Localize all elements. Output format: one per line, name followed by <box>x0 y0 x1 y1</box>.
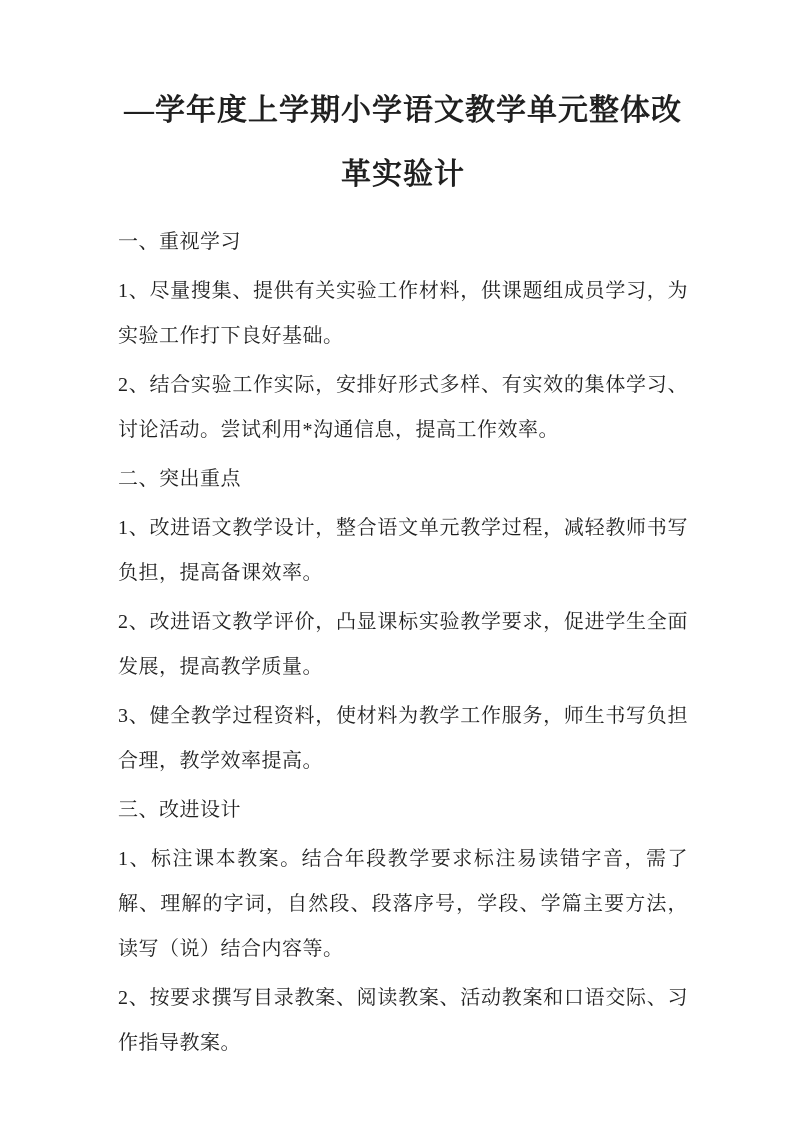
body-paragraph: 1、标注课本教案。结合年段教学要求标注易读错字音，需了解、理解的字词，自然段、段… <box>118 837 688 972</box>
section-heading: 三、改进设计 <box>118 788 688 833</box>
document-title-line-1: —学年度上学期小学语文教学单元整体改 <box>118 79 688 143</box>
document-title-line-2: 革实验计 <box>118 143 688 207</box>
document-body: 一、重视学习1、尽量搜集、提供有关实验工作材料，供课题组成员学习，为实验工作打下… <box>118 220 688 1066</box>
body-paragraph: 2、改进语文教学评价，凸显课标实验教学要求，促进学生全面发展，提高教学质量。 <box>118 600 688 690</box>
document-title: —学年度上学期小学语文教学单元整体改 革实验计 <box>118 79 688 207</box>
body-paragraph: 2、按要求撰写目录教案、阅读教案、活动教案和口语交际、习作指导教案。 <box>118 976 688 1066</box>
body-paragraph: 1、改进语文教学设计，整合语文单元教学过程，减轻教师书写负担，提高备课效率。 <box>118 506 688 596</box>
document-page: —学年度上学期小学语文教学单元整体改 革实验计 一、重视学习1、尽量搜集、提供有… <box>0 0 793 1122</box>
section-heading: 二、突出重点 <box>118 457 688 502</box>
body-paragraph: 1、尽量搜集、提供有关实验工作材料，供课题组成员学习，为实验工作打下良好基础。 <box>118 269 688 359</box>
body-paragraph: 3、健全教学过程资料，使材料为教学工作服务，师生书写负担合理，教学效率提高。 <box>118 694 688 784</box>
section-heading: 一、重视学习 <box>118 220 688 265</box>
body-paragraph: 2、结合实验工作实际，安排好形式多样、有实效的集体学习、讨论活动。尝试利用*沟通… <box>118 363 688 453</box>
